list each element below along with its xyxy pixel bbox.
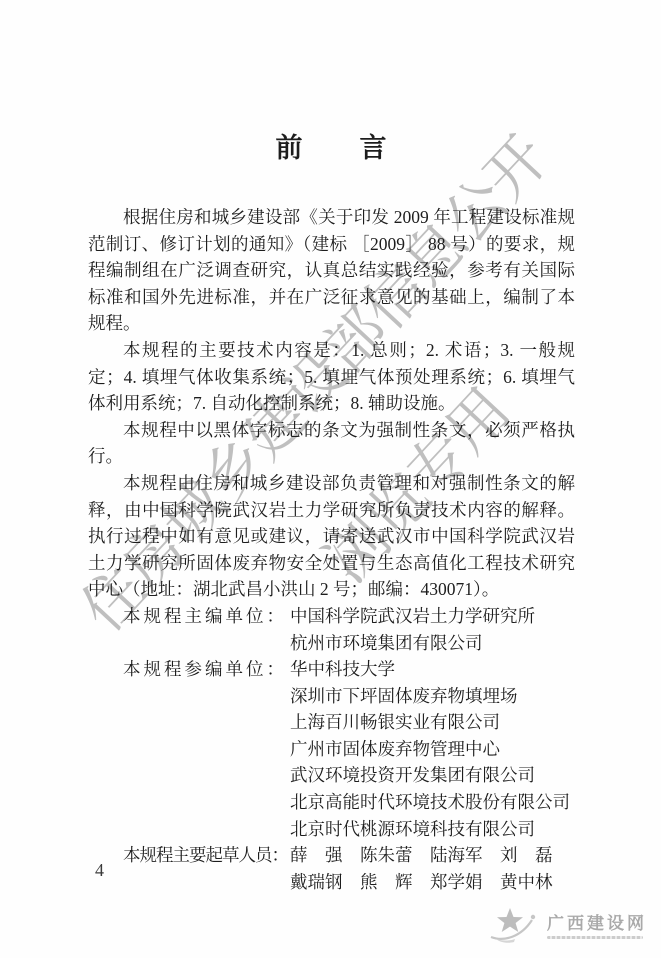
drafters-label: 本规程主要起草人员： bbox=[123, 842, 290, 869]
chief-editor-org: 杭州市环境集团有限公司 bbox=[290, 630, 575, 657]
logo-subtext-line bbox=[547, 936, 643, 939]
credit-row: 深圳市下坪固体废弃物填埋场 bbox=[88, 683, 575, 710]
credits-block: 本规程主编单位： 中国科学院武汉岩土力学研究所 杭州市环境集团有限公司 本规程参… bbox=[88, 603, 575, 896]
co-editor-org: 武汉环境投资开发集团有限公司 bbox=[290, 762, 575, 789]
co-editor-org: 北京时代桃源环境科技有限公司 bbox=[290, 816, 575, 843]
credit-row: 广州市固体废弃物管理中心 bbox=[88, 736, 575, 763]
star-swoosh-icon bbox=[488, 906, 540, 948]
chief-editor-org: 中国科学院武汉岩土力学研究所 bbox=[290, 603, 575, 630]
page-title: 前 言 bbox=[88, 132, 575, 164]
document-page: 住房城乡建设部信息公开 浏览专用 前 言 根据住房和城乡建设部《关于印发 200… bbox=[0, 0, 661, 958]
drafters-names: 薛 强 陈朱蕾 陆海军 刘 磊 bbox=[290, 842, 575, 869]
credit-indent bbox=[88, 603, 123, 630]
chief-editor-label: 本规程主编单位： bbox=[123, 603, 290, 630]
paragraph-administration: 本规程由住房和城乡建设部负责管理和对强制性条文的解释，由中国科学院武汉岩土力学研… bbox=[88, 470, 575, 603]
page-content: 前 言 根据住房和城乡建设部《关于印发 2009 年工程建设标准规范制订、修订计… bbox=[88, 122, 575, 895]
logo-site-name: 广西建设网 bbox=[547, 915, 647, 933]
credit-row: 北京高能时代环境技术股份有限公司 bbox=[88, 789, 575, 816]
gxjsw-logo: 广西建设网 bbox=[488, 906, 647, 948]
co-editor-label: 本规程参编单位： bbox=[123, 656, 290, 683]
co-editor-org: 深圳市下坪固体废弃物填埋场 bbox=[290, 683, 575, 710]
credit-row-drafters: 本规程主要起草人员： 薛 强 陈朱蕾 陆海军 刘 磊 bbox=[88, 842, 575, 869]
co-editor-org: 华中科技大学 bbox=[290, 656, 575, 683]
co-editor-org: 广州市固体废弃物管理中心 bbox=[290, 736, 575, 763]
paragraph-mandatory-clauses: 本规程中以黑体字标志的条文为强制性条文，必须严格执行。 bbox=[88, 417, 575, 470]
credit-row: 北京时代桃源环境科技有限公司 bbox=[88, 816, 575, 843]
credit-row-co-editor: 本规程参编单位： 华中科技大学 bbox=[88, 656, 575, 683]
credit-row-chief-editor: 本规程主编单位： 中国科学院武汉岩土力学研究所 bbox=[88, 603, 575, 630]
credit-row: 上海百川畅银实业有限公司 bbox=[88, 709, 575, 736]
credit-row: 戴瑞钢 熊 辉 郑学娟 黄中林 bbox=[88, 869, 575, 896]
credit-row: 武汉环境投资开发集团有限公司 bbox=[88, 762, 575, 789]
logo-text-group: 广西建设网 bbox=[547, 915, 647, 939]
paragraph-basis: 根据住房和城乡建设部《关于印发 2009 年工程建设标准规范制订、修订计划的通知… bbox=[88, 204, 575, 337]
co-editor-org: 上海百川畅银实业有限公司 bbox=[290, 709, 575, 736]
page-number: 4 bbox=[95, 860, 104, 881]
drafters-names: 戴瑞钢 熊 辉 郑学娟 黄中林 bbox=[290, 869, 575, 896]
paragraph-contents: 本规程的主要技术内容是：1. 总则；2. 术语；3. 一般规定；4. 填埋气体收… bbox=[88, 337, 575, 417]
credit-row: 杭州市环境集团有限公司 bbox=[88, 630, 575, 657]
co-editor-org: 北京高能时代环境技术股份有限公司 bbox=[290, 789, 575, 816]
